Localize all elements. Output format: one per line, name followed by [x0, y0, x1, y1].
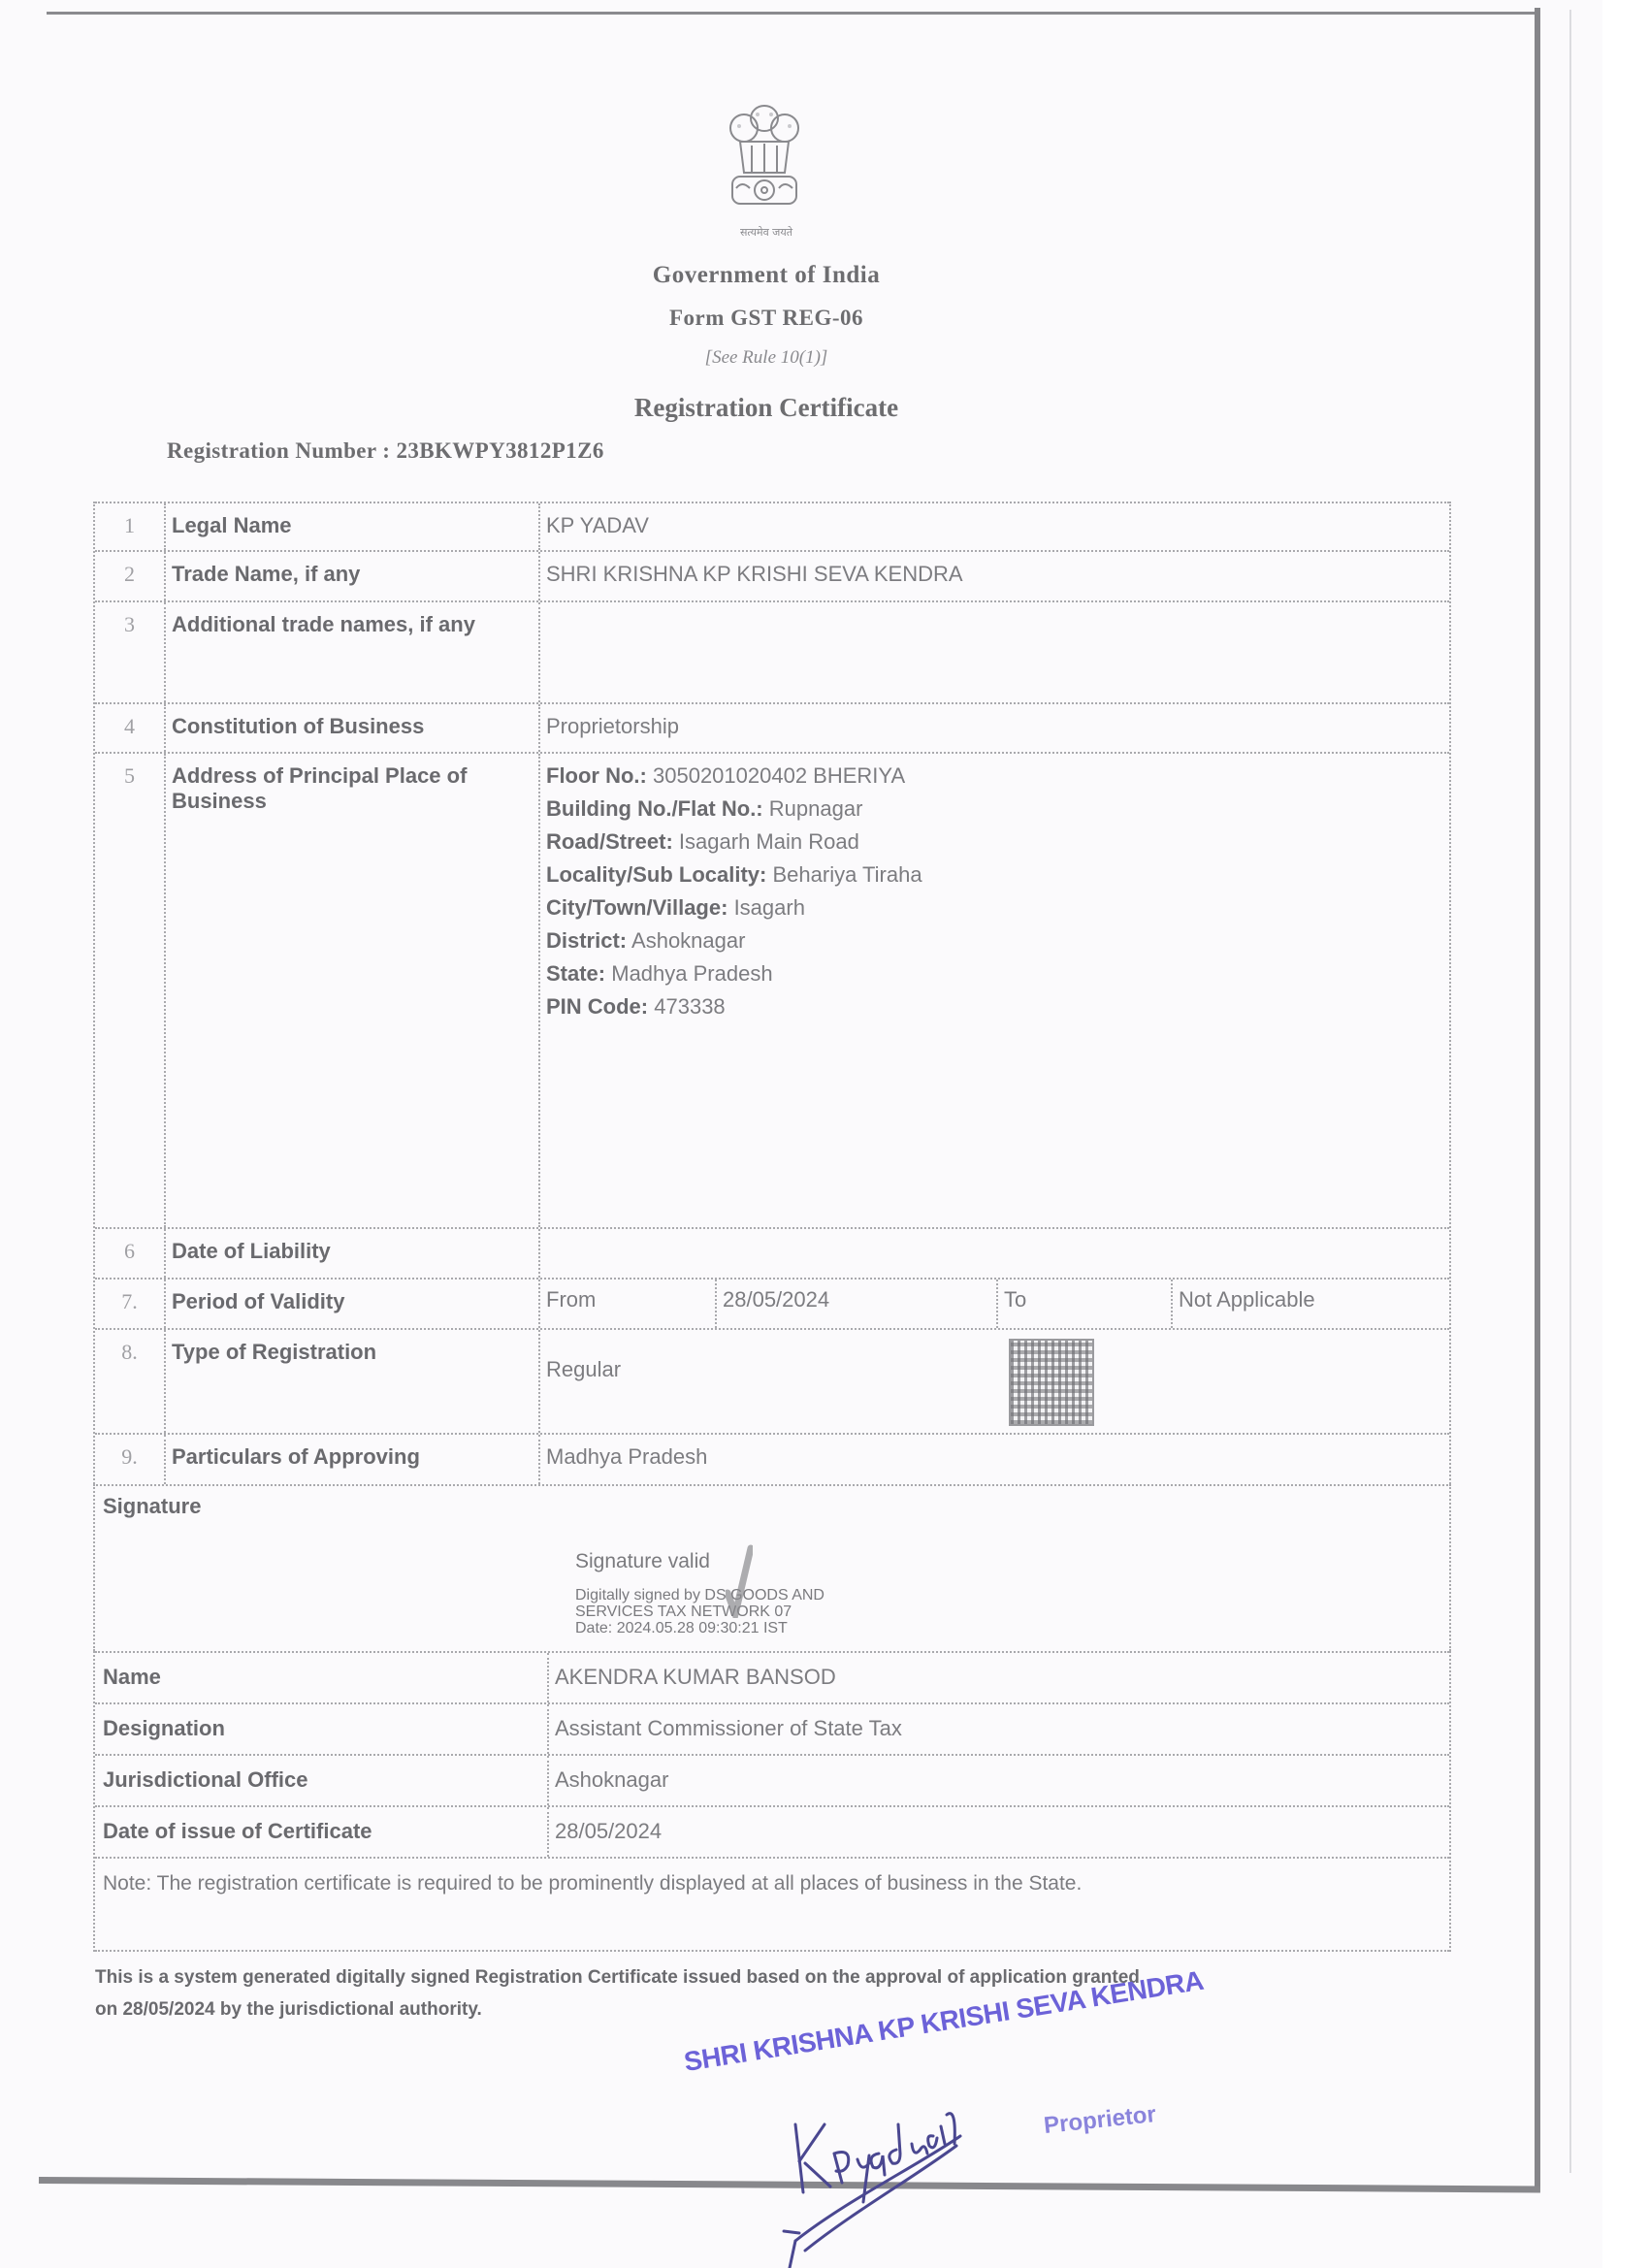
additional-trade-names-value	[538, 602, 1449, 702]
address-line: State: Madhya Pradesh	[546, 957, 1443, 990]
row-number: 8.	[95, 1330, 164, 1433]
table-row: 9. Particulars of Approving Madhya Prade…	[95, 1433, 1449, 1484]
rule-reference: [See Rule 10(1)]	[0, 347, 1533, 369]
note-row: Note: The registration certificate is re…	[95, 1857, 1449, 1952]
address-value: Floor No.: 3050201020402 BHERIYA Buildin…	[538, 754, 1449, 1227]
validity-cell: From 28/05/2024 To Not Applicable	[538, 1280, 1449, 1328]
scan-margin	[1602, 0, 1649, 2268]
constitution-value: Proprietorship	[538, 704, 1449, 752]
government-heading: Government of India	[0, 262, 1533, 289]
checkmark-icon	[726, 1544, 753, 1618]
field-label: Additional trade names, if any	[164, 602, 538, 702]
table-row: 6 Date of Liability	[95, 1227, 1449, 1278]
table-row: 5 Address of Principal Place of Business…	[95, 752, 1449, 1227]
registration-number: Registration Number : 23BKWPY3812P1Z6	[167, 438, 604, 464]
table-row: 3 Additional trade names, if any	[95, 600, 1449, 702]
validity-from-label: From	[540, 1280, 715, 1328]
table-row: 1 Legal Name KP YADAV	[95, 502, 1449, 550]
field-label: Period of Validity	[164, 1280, 538, 1328]
address-line: Floor No.: 3050201020402 BHERIYA	[546, 760, 1443, 793]
field-label: Trade Name, if any	[164, 552, 538, 600]
officer-table: Name AKENDRA KUMAR BANSOD Designation As…	[93, 1651, 1451, 1952]
details-table: 1 Legal Name KP YADAV 2 Trade Name, if a…	[93, 502, 1451, 1484]
table-row: Jurisdictional Office Ashoknagar	[95, 1754, 1449, 1805]
row-number: 6	[95, 1229, 164, 1278]
field-label: Date of Liability	[164, 1229, 538, 1278]
approving-authority-value: Madhya Pradesh	[538, 1435, 1449, 1484]
form-name: Form GST REG-06	[0, 306, 1533, 331]
officer-name-value: AKENDRA KUMAR BANSOD	[547, 1653, 1449, 1702]
registration-number-value: 23BKWPY3812P1Z6	[396, 438, 603, 463]
row-number: 2	[95, 552, 164, 600]
page-border-top	[47, 12, 1538, 15]
table-row: 8. Type of Registration Regular	[95, 1328, 1449, 1433]
address-line: District: Ashoknagar	[546, 924, 1443, 957]
date-of-liability-value	[538, 1229, 1449, 1278]
field-label: Legal Name	[164, 503, 538, 550]
row-number: 9.	[95, 1435, 164, 1484]
emblem-motto: सत्यमेव जयते	[698, 225, 834, 240]
validity-from-date: 28/05/2024	[715, 1280, 996, 1328]
page-shadow-line	[1569, 10, 1571, 2173]
table-row: Date of issue of Certificate 28/05/2024	[95, 1805, 1449, 1857]
address-line: City/Town/Village: Isagarh	[546, 891, 1443, 924]
row-number: 5	[95, 754, 164, 1227]
registration-number-label: Registration Number :	[167, 438, 390, 463]
designation-label: Designation	[103, 1716, 225, 1741]
validity-to-label: To	[996, 1280, 1171, 1328]
address-line: PIN Code: 473338	[546, 990, 1443, 1023]
certificate-title: Registration Certificate	[0, 393, 1533, 423]
national-emblem-icon	[723, 97, 806, 223]
legal-name-value: KP YADAV	[538, 503, 1449, 550]
registration-type-value: Regular	[538, 1330, 1449, 1433]
stamp-role: Proprietor	[1043, 2101, 1157, 2140]
address-line: Road/Street: Isagarh Main Road	[546, 826, 1443, 859]
table-row: 4 Constitution of Business Proprietorshi…	[95, 702, 1449, 752]
digital-signature-details: Digitally signed by DS GOODS AND SERVICE…	[575, 1587, 824, 1636]
address-line: Locality/Sub Locality: Behariya Tiraha	[546, 859, 1443, 891]
field-label: Type of Registration	[164, 1330, 538, 1433]
designation-value: Assistant Commissioner of State Tax	[547, 1704, 1449, 1754]
row-number: 1	[95, 503, 164, 550]
qr-code-icon	[1009, 1339, 1094, 1426]
address-line: Building No./Flat No.: Rupnagar	[546, 793, 1443, 826]
row-number: 4	[95, 704, 164, 752]
table-row: Designation Assistant Commissioner of St…	[95, 1702, 1449, 1754]
jurisdictional-office-label: Jurisdictional Office	[103, 1767, 308, 1793]
system-generated-notice: This is a system generated digitally sig…	[95, 1961, 1472, 2025]
table-row: Name AKENDRA KUMAR BANSOD	[95, 1651, 1449, 1702]
table-row: 2 Trade Name, if any SHRI KRISHNA KP KRI…	[95, 550, 1449, 600]
trade-name-value: SHRI KRISHNA KP KRISHI SEVA KENDRA	[538, 552, 1449, 600]
display-note: Note: The registration certificate is re…	[103, 1872, 1082, 1895]
issue-date-value: 28/05/2024	[547, 1807, 1449, 1857]
jurisdictional-office-value: Ashoknagar	[547, 1756, 1449, 1805]
row-number: 3	[95, 602, 164, 702]
table-row: 7. Period of Validity From 28/05/2024 To…	[95, 1278, 1449, 1328]
signature-label: Signature	[103, 1494, 201, 1519]
validity-to-date: Not Applicable	[1171, 1280, 1449, 1328]
signature-block: Signature Signature valid Digitally sign…	[93, 1484, 1451, 1651]
signature-status: Signature valid	[575, 1550, 710, 1573]
field-label: Constitution of Business	[164, 704, 538, 752]
officer-name-label: Name	[103, 1665, 161, 1690]
field-label: Particulars of Approving	[164, 1435, 538, 1484]
page-border-right	[1535, 8, 1540, 2188]
handwritten-signature-icon	[757, 2086, 1057, 2268]
row-number: 7.	[95, 1280, 164, 1328]
issue-date-label: Date of issue of Certificate	[103, 1819, 372, 1844]
field-label: Address of Principal Place of Business	[164, 754, 538, 1227]
